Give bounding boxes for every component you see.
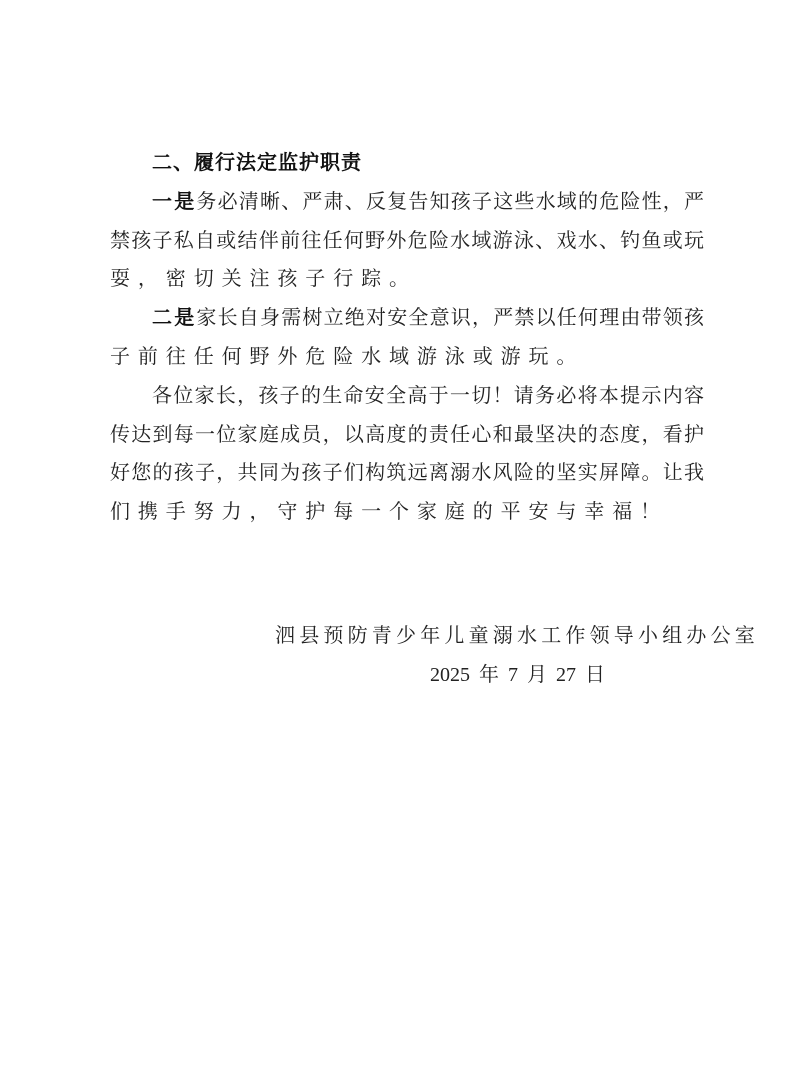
- closing-line-3: 好您的孩子，共同为孩子们构筑远离溺水风险的坚实屏障。让我: [110, 453, 704, 492]
- item-2-lead: 二是: [152, 305, 196, 329]
- date-day-unit: 日: [585, 662, 605, 686]
- closing-line-4: 们携手努力，守护每一个家庭的平安与幸福！: [110, 492, 704, 531]
- item-1-lead: 一是: [152, 189, 196, 213]
- item-1-line-3: 耍，密切关注孩子行踪。: [110, 259, 704, 298]
- closing-line-2: 传达到每一位家庭成员，以高度的责任心和最坚决的态度，看护: [110, 415, 704, 454]
- item-2-line-2: 子前往任何野外危险水域游泳或游玩。: [110, 337, 704, 376]
- signature-organization: 泗县预防青少年儿童溺水工作领导小组办公室: [275, 619, 759, 648]
- date-month: 7: [508, 664, 518, 686]
- date-year: 2025: [430, 664, 470, 686]
- item-2-line-1: 二是家长自身需树立绝对安全意识，严禁以任何理由带领孩: [110, 298, 704, 337]
- date-year-unit: 年: [479, 662, 499, 686]
- date-day: 27: [556, 664, 576, 686]
- signature-date: 2025 年 7 月 27 日: [430, 658, 605, 687]
- item-1-line-2: 禁孩子私自或结伴前往任何野外危险水域游泳、戏水、钓鱼或玩: [110, 221, 704, 260]
- date-month-unit: 月: [527, 662, 547, 686]
- document-body: 二、履行法定监护职责 一是务必清晰、严肃、反复告知孩子这些水域的危险性，严 禁孩…: [110, 143, 704, 531]
- item-1-text-1: 务必清晰、严肃、反复告知孩子这些水域的危险性，严: [196, 189, 704, 213]
- document-page: 二、履行法定监护职责 一是务必清晰、严肃、反复告知孩子这些水域的危险性，严 禁孩…: [0, 0, 806, 1092]
- section-heading: 二、履行法定监护职责: [110, 143, 704, 182]
- item-2-text-1: 家长自身需树立绝对安全意识，严禁以任何理由带领孩: [196, 305, 704, 329]
- closing-line-1: 各位家长，孩子的生命安全高于一切！请务必将本提示内容: [110, 376, 704, 415]
- item-1-line-1: 一是务必清晰、严肃、反复告知孩子这些水域的危险性，严: [110, 182, 704, 221]
